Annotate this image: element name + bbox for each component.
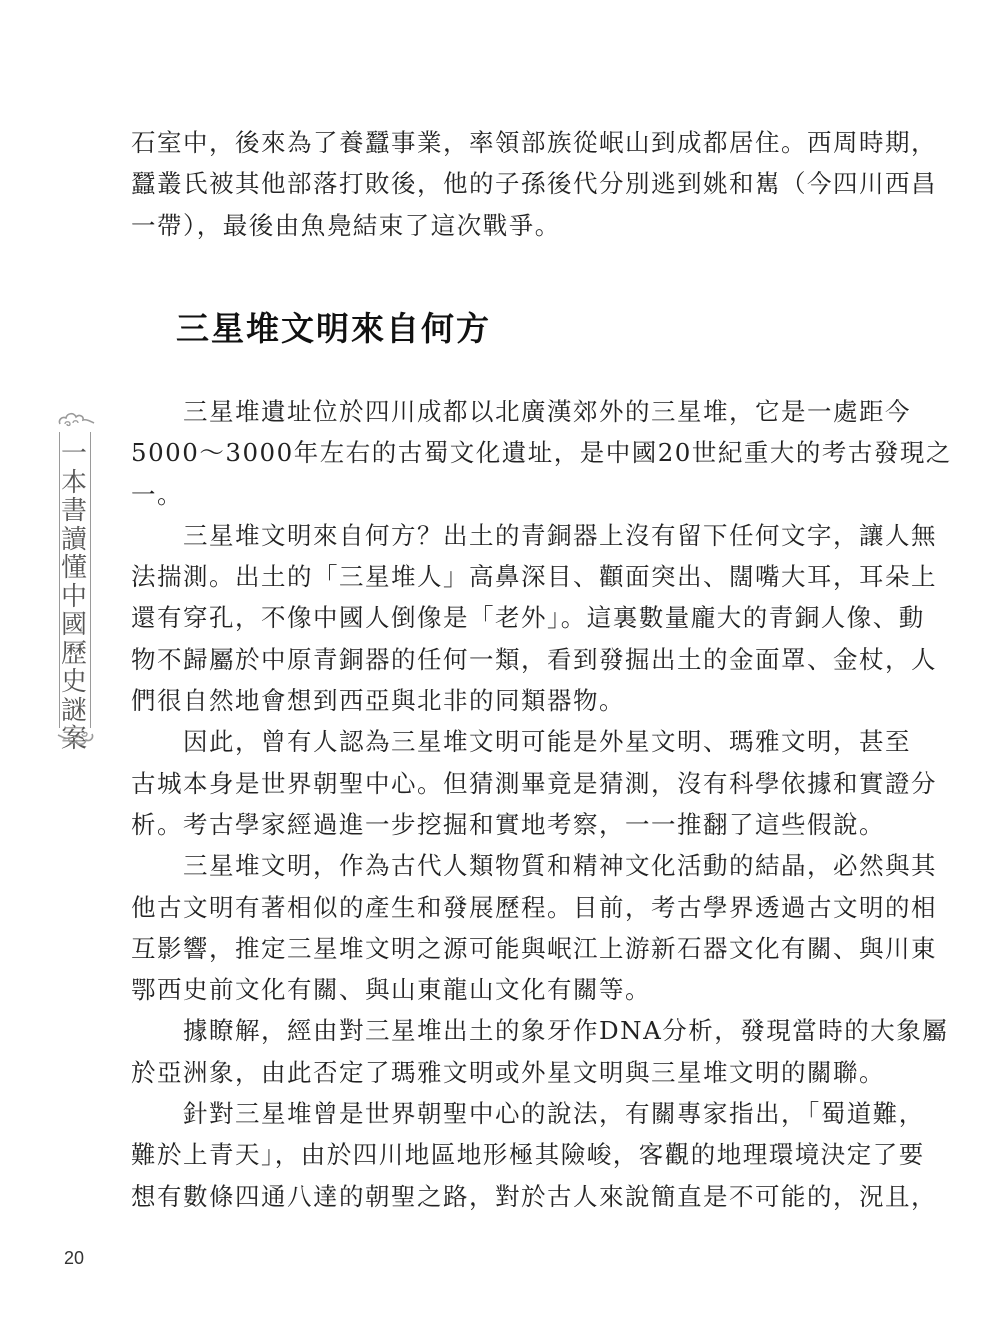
book-title-char: 中 xyxy=(52,583,96,612)
paragraph: 針對三星堆曾是世界朝聖中心的說法，有關專家指出，「蜀道難， 難於上青天」，由於四… xyxy=(131,1093,835,1217)
text-line: 還有穿孔，不像中國人倒像是「老外」。這裏數量龐大的青銅人像、動 xyxy=(131,597,835,638)
book-title-char: 史 xyxy=(52,668,96,697)
paragraph: 因此，曾有人認為三星堆文明可能是外星文明、瑪雅文明，甚至 古城本身是世界朝聖中心… xyxy=(131,721,835,845)
book-title-char: 書 xyxy=(52,497,96,526)
text-line: 石室中，後來為了養蠶事業，率領部族從岷山到成都居住。西周時期， xyxy=(131,122,835,163)
text-line: 據瞭解，經由對三星堆出土的象牙作DNA分析，發現當時的大象屬 xyxy=(131,1010,835,1051)
text-line: 古城本身是世界朝聖中心。但猜測畢竟是猜測，沒有科學依據和實證分 xyxy=(131,763,835,804)
text-line: 想有數條四通八達的朝聖之路，對於古人來說簡直是不可能的，況且， xyxy=(131,1176,835,1217)
section-heading: 三星堆文明來自何方 xyxy=(176,303,491,350)
book-title-vertical: 一 本 書 讀 懂 中 國 歷 史 謎 案 xyxy=(52,440,96,754)
text-line: 針對三星堆曾是世界朝聖中心的說法，有關專家指出，「蜀道難， xyxy=(131,1093,835,1134)
text-line: 物不歸屬於中原青銅器的任何一類，看到發掘出土的金面罩、金杖，人 xyxy=(131,639,835,680)
text-line: 難於上青天」，由於四川地區地形極其險峻，客觀的地理環境決定了要 xyxy=(131,1134,835,1175)
paragraph: 三星堆遺址位於四川成都以北廣漢郊外的三星堆，它是一處距今 5000～3000年左… xyxy=(131,391,835,515)
page-number: 20 xyxy=(64,1248,84,1269)
text-line: 三星堆文明，作為古代人類物質和精神文化活動的結晶，必然與其 xyxy=(131,845,835,886)
book-title-char: 國 xyxy=(52,611,96,640)
text-line: 們很自然地會想到西亞與北非的同類器物。 xyxy=(131,680,835,721)
cloud-ornament-icon xyxy=(56,728,96,748)
book-title-char: 本 xyxy=(52,469,96,498)
text-line: 鄂西史前文化有關、與山東龍山文化有關等。 xyxy=(131,969,835,1010)
text-line: 法揣測。出土的「三星堆人」高鼻深目、顴面突出、闊嘴大耳，耳朵上 xyxy=(131,556,835,597)
text-line: 5000～3000年左右的古蜀文化遺址，是中國20世紀重大的考古發現之 xyxy=(131,432,835,473)
intro-paragraph: 石室中，後來為了養蠶事業，率領部族從岷山到成都居住。西周時期， 蠶叢氏被其他部落… xyxy=(131,122,835,246)
text-line: 三星堆文明來自何方？出土的青銅器上沒有留下任何文字，讓人無 xyxy=(131,515,835,556)
paragraph: 據瞭解，經由對三星堆出土的象牙作DNA分析，發現當時的大象屬 於亞洲象，由此否定… xyxy=(131,1010,835,1093)
text-line: 一帶），最後由魚鳧結束了這次戰爭。 xyxy=(131,205,835,246)
text-line: 一。 xyxy=(131,474,835,515)
book-title-char: 一 xyxy=(52,440,96,469)
text-line: 析。考古學家經過進一步挖掘和實地考察，一一推翻了這些假說。 xyxy=(131,804,835,845)
text-line: 於亞洲象，由此否定了瑪雅文明或外星文明與三星堆文明的關聯。 xyxy=(131,1052,835,1093)
text-line: 蠶叢氏被其他部落打敗後，他的子孫後代分別逃到姚和嶲（今四川西昌 xyxy=(131,163,835,204)
text-line: 三星堆遺址位於四川成都以北廣漢郊外的三星堆，它是一處距今 xyxy=(131,391,835,432)
book-title-char: 謎 xyxy=(52,697,96,726)
text-line: 互影響，推定三星堆文明之源可能與岷江上游新石器文化有關、與川東 xyxy=(131,928,835,969)
cloud-ornament-icon xyxy=(56,410,96,430)
paragraph: 三星堆文明，作為古代人類物質和精神文化活動的結晶，必然與其 他古文明有著相似的產… xyxy=(131,845,835,1010)
book-title-char: 歷 xyxy=(52,640,96,669)
section-body: 三星堆遺址位於四川成都以北廣漢郊外的三星堆，它是一處距今 5000～3000年左… xyxy=(131,391,835,1217)
text-line: 因此，曾有人認為三星堆文明可能是外星文明、瑪雅文明，甚至 xyxy=(131,721,835,762)
paragraph: 三星堆文明來自何方？出土的青銅器上沒有留下任何文字，讓人無 法揣測。出土的「三星… xyxy=(131,515,835,721)
book-title-char: 懂 xyxy=(52,554,96,583)
book-title-char: 讀 xyxy=(52,526,96,555)
text-line: 他古文明有著相似的產生和發展歷程。目前，考古學界透過古文明的相 xyxy=(131,887,835,928)
book-page: 一 本 書 讀 懂 中 國 歷 史 謎 案 石室中，後來為了養蠶事業，率領部族從… xyxy=(0,0,1000,1341)
side-banner: 一 本 書 讀 懂 中 國 歷 史 謎 案 xyxy=(52,410,96,750)
